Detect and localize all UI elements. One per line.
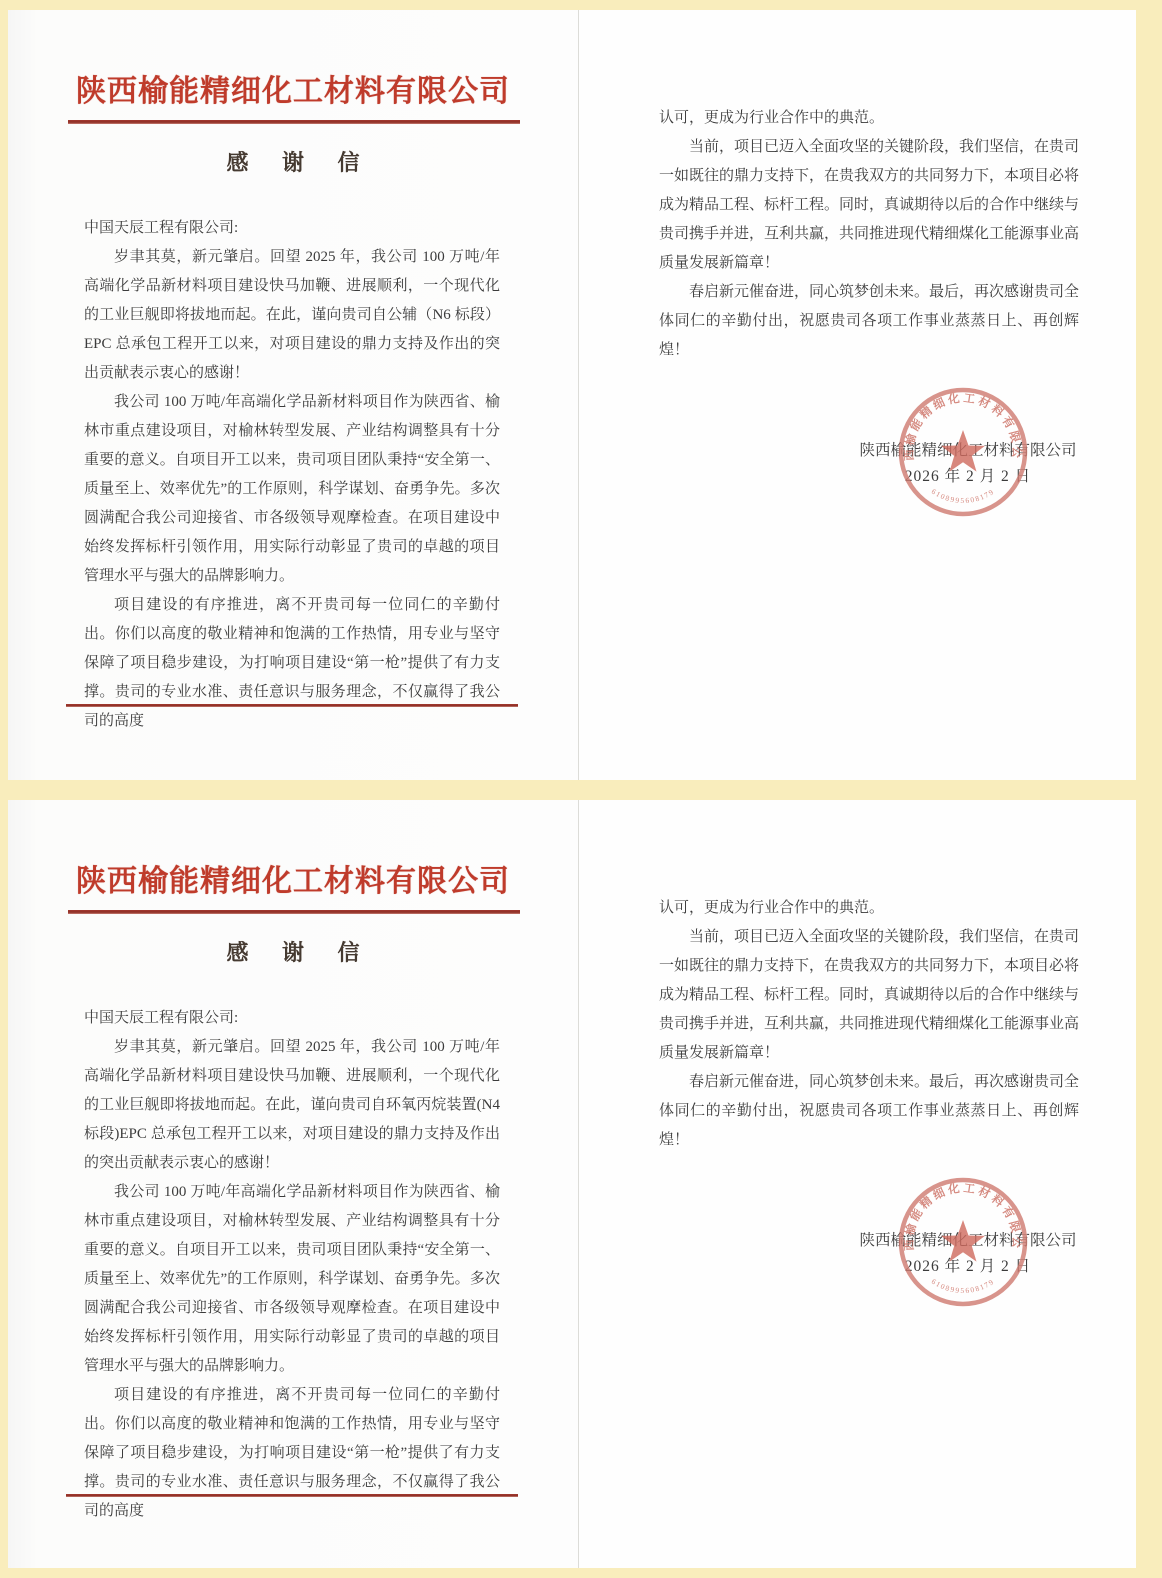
paragraph: 春启新元催奋进，同心筑梦创未来。最后，再次感谢贵司全体同仁的辛勤付出，祝愿贵司各…	[659, 278, 1079, 365]
paragraph: 我公司 100 万吨/年高端化学品新材料项目作为陕西省、榆林市重点建设项目，对榆…	[84, 1178, 500, 1381]
letter2-page-2: 认可，更成为行业合作中的典范。 当前，项目已迈入全面攻坚的关键阶段，我们坚信，在…	[579, 800, 1136, 1568]
letter-body: 中国天辰工程有限公司: 岁聿其莫，新元肇启。回望 2025 年，我公司 100 …	[84, 214, 500, 736]
signature-company: 陕西榆能精细化工材料有限公司	[838, 1228, 1098, 1254]
letter-spread-1: 陕西榆能精细化工材料有限公司 感 谢 信 中国天辰工程有限公司: 岁聿其莫，新元…	[8, 10, 1136, 780]
letter-title: 感 谢 信	[8, 146, 578, 177]
recipient-line: 中国天辰工程有限公司:	[84, 214, 500, 243]
letterhead-rule	[68, 120, 520, 124]
letter2-page-1: 陕西榆能精细化工材料有限公司 感 谢 信 中国天辰工程有限公司: 岁聿其莫，新元…	[8, 800, 579, 1568]
page-footer-rule	[66, 1494, 518, 1497]
paragraph: 当前，项目已迈入全面攻坚的关键阶段，我们坚信，在贵司一如既往的鼎力支持下，在贵我…	[659, 923, 1079, 1068]
paragraph: 岁聿其莫，新元肇启。回望 2025 年，我公司 100 万吨/年高端化学品新材料…	[84, 1033, 500, 1178]
page-footer-rule	[66, 704, 518, 707]
paragraph: 认可，更成为行业合作中的典范。	[659, 104, 1079, 133]
signature-date: 2026 年 2 月 2 日	[838, 1254, 1098, 1280]
letterhead: 陕西榆能精细化工材料有限公司	[8, 66, 578, 110]
signature-block: 陕西榆能精细化工材料有限公司 2026 年 2 月 2 日	[838, 1228, 1098, 1280]
signature-company: 陕西榆能精细化工材料有限公司	[838, 438, 1098, 464]
paragraph: 当前，项目已迈入全面攻坚的关键阶段，我们坚信，在贵司一如既往的鼎力支持下，在贵我…	[659, 133, 1079, 278]
letter-body: 中国天辰工程有限公司: 岁聿其莫，新元肇启。回望 2025 年，我公司 100 …	[84, 1004, 500, 1526]
letter1-page-2: 认可，更成为行业合作中的典范。 当前，项目已迈入全面攻坚的关键阶段，我们坚信，在…	[579, 10, 1136, 780]
letterhead: 陕西榆能精细化工材料有限公司	[8, 856, 578, 900]
letter-title: 感 谢 信	[8, 936, 578, 967]
paragraph: 我公司 100 万吨/年高端化学品新材料项目作为陕西省、榆林市重点建设项目，对榆…	[84, 388, 500, 591]
letter1-page-1: 陕西榆能精细化工材料有限公司 感 谢 信 中国天辰工程有限公司: 岁聿其莫，新元…	[8, 10, 579, 780]
signature-block: 陕西榆能精细化工材料有限公司 2026 年 2 月 2 日	[838, 438, 1098, 490]
letter-spread-2: 陕西榆能精细化工材料有限公司 感 谢 信 中国天辰工程有限公司: 岁聿其莫，新元…	[8, 800, 1136, 1568]
recipient-line: 中国天辰工程有限公司:	[84, 1004, 500, 1033]
paragraph: 春启新元催奋进，同心筑梦创未来。最后，再次感谢贵司全体同仁的辛勤付出，祝愿贵司各…	[659, 1068, 1079, 1155]
scanned-letters-canvas: 陕西榆能精细化工材料有限公司 感 谢 信 中国天辰工程有限公司: 岁聿其莫，新元…	[0, 0, 1162, 1578]
signature-date: 2026 年 2 月 2 日	[838, 464, 1098, 490]
paragraph: 项目建设的有序推进，离不开贵司每一位同仁的辛勤付出。你们以高度的敬业精神和饱满的…	[84, 1381, 500, 1526]
paragraph: 项目建设的有序推进，离不开贵司每一位同仁的辛勤付出。你们以高度的敬业精神和饱满的…	[84, 591, 500, 736]
letter-body-continued: 认可，更成为行业合作中的典范。 当前，项目已迈入全面攻坚的关键阶段，我们坚信，在…	[659, 104, 1079, 365]
paragraph: 认可，更成为行业合作中的典范。	[659, 894, 1079, 923]
paragraph: 岁聿其莫，新元肇启。回望 2025 年，我公司 100 万吨/年高端化学品新材料…	[84, 243, 500, 388]
letterhead-rule	[68, 910, 520, 914]
letter-body-continued: 认可，更成为行业合作中的典范。 当前，项目已迈入全面攻坚的关键阶段，我们坚信，在…	[659, 894, 1079, 1155]
